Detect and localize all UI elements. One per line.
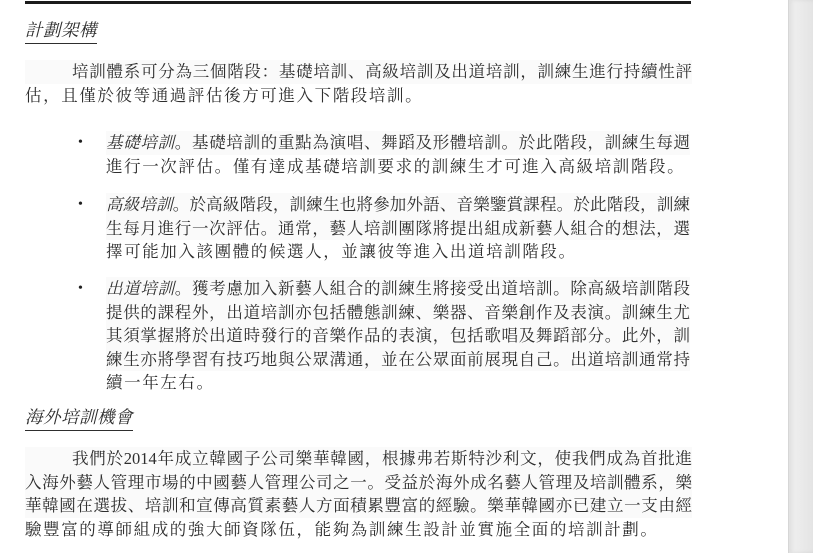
document-page: 計劃架構 培訓體系可分為三個階段：基礎培訓、高級培訓及出道培訓，訓練生進行持續性…	[25, 0, 692, 553]
bullet-lead-in: 高級培訓	[106, 195, 173, 214]
text-line: 其須掌握將於出道時發行的音樂作品的表演，包括歌唱及舞蹈部分。此外，訓	[106, 324, 690, 348]
bullet-line-text: 獲考慮加入新藝人組合的訓練生將接受出道培訓。除高級培訓階段	[192, 279, 690, 298]
text-line: 我們於2014年成立韓國子公司樂華韓國，根據弗若斯特沙利文，使我們成為首批進	[25, 447, 692, 471]
text-line: 出道培訓。獲考慮加入新藝人組合的訓練生將接受出道培訓。除高級培訓階段	[106, 277, 690, 301]
text-line: 培訓體系可分為三個階段：基礎培訓、高級培訓及出道培訓，訓練生進行持續性評	[25, 60, 692, 84]
bullet-item-debut-training: • 出道培訓。獲考慮加入新藝人組合的訓練生將接受出道培訓。除高級培訓階段 提供的…	[25, 277, 692, 395]
text-line: 續一年左右。	[106, 371, 690, 395]
text-line: 擇可能加入該團體的候選人，並讓彼等進入出道培訓階段。	[106, 240, 690, 264]
bullet-lead-separator: 。	[175, 279, 192, 298]
text-line: 華韓國在選拔、培訓和宣傳高質素藝人方面積累豐富的經驗。樂華韓國亦已建立一支由經	[25, 494, 692, 518]
bullet-lead-separator: 。	[175, 133, 192, 152]
text-line: 高級培訓。於高級階段，訓練生也將參加外語、音樂鑒賞課程。於此階段，訓練	[106, 193, 690, 217]
text-line: 入海外藝人管理市場的中國藝人管理公司之一。受益於海外成名藝人管理及培訓體系，樂	[25, 471, 692, 495]
text-line: 生每月進行一次評估。通常，藝人培訓團隊將提出組成新藝人組合的想法，選	[106, 217, 690, 241]
text-line: 驗豐富的導師組成的強大師資隊伍，能夠為訓練生設計並實施全面的培訓計劃。	[25, 518, 692, 542]
bullet-lead-in: 基礎培訓	[106, 133, 175, 152]
overseas-paragraph: 我們於2014年成立韓國子公司樂華韓國，根據弗若斯特沙利文，使我們成為首批進 入…	[25, 447, 692, 541]
text-line: 基礎培訓。基礎培訓的重點為演唱、舞蹈及形體培訓。於此階段，訓練生每週	[106, 131, 690, 155]
bullet-icon: •	[78, 277, 106, 395]
bullet-lead-separator: 。	[173, 195, 190, 214]
bullet-icon: •	[78, 193, 106, 264]
bullet-lead-in: 出道培訓	[106, 279, 175, 298]
bullet-item-advanced-training: • 高級培訓。於高級階段，訓練生也將參加外語、音樂鑒賞課程。於此階段，訓練 生每…	[25, 193, 692, 264]
bullet-line-text: 基礎培訓的重點為演唱、舞蹈及形體培訓。於此階段，訓練生每週	[192, 133, 690, 152]
section-heading-text: 計劃架構	[25, 19, 97, 44]
text-line: 進行一次評估。僅有達成基礎培訓要求的訓練生才可進入高級培訓階段。	[106, 155, 690, 179]
text-line: 練生亦將學習有技巧地與公眾溝通，並在公眾面前展現自己。出道培訓通常持	[106, 348, 690, 372]
intro-paragraph: 培訓體系可分為三個階段：基礎培訓、高級培訓及出道培訓，訓練生進行持續性評 估，且…	[25, 60, 692, 107]
section-heading-overseas-training: 海外培訓機會	[25, 406, 692, 431]
section-heading-plan-structure: 計劃架構	[25, 19, 692, 44]
text-line: 估，且僅於彼等通過評估後方可進入下階段培訓。	[25, 84, 692, 108]
bullet-item-basic-training: • 基礎培訓。基礎培訓的重點為演唱、舞蹈及形體培訓。於此階段，訓練生每週 進行一…	[25, 131, 692, 178]
text-line: 提供的課程外，出道培訓亦包括體態訓練、樂器、音樂創作及表演。訓練生尤	[106, 301, 690, 325]
page-right-gutter	[788, 0, 813, 553]
bullet-icon: •	[78, 131, 106, 178]
section-heading-text: 海外培訓機會	[25, 406, 133, 431]
bullet-line-text: 於高級階段，訓練生也將參加外語、音樂鑒賞課程。於此階段，訓練	[189, 195, 690, 214]
